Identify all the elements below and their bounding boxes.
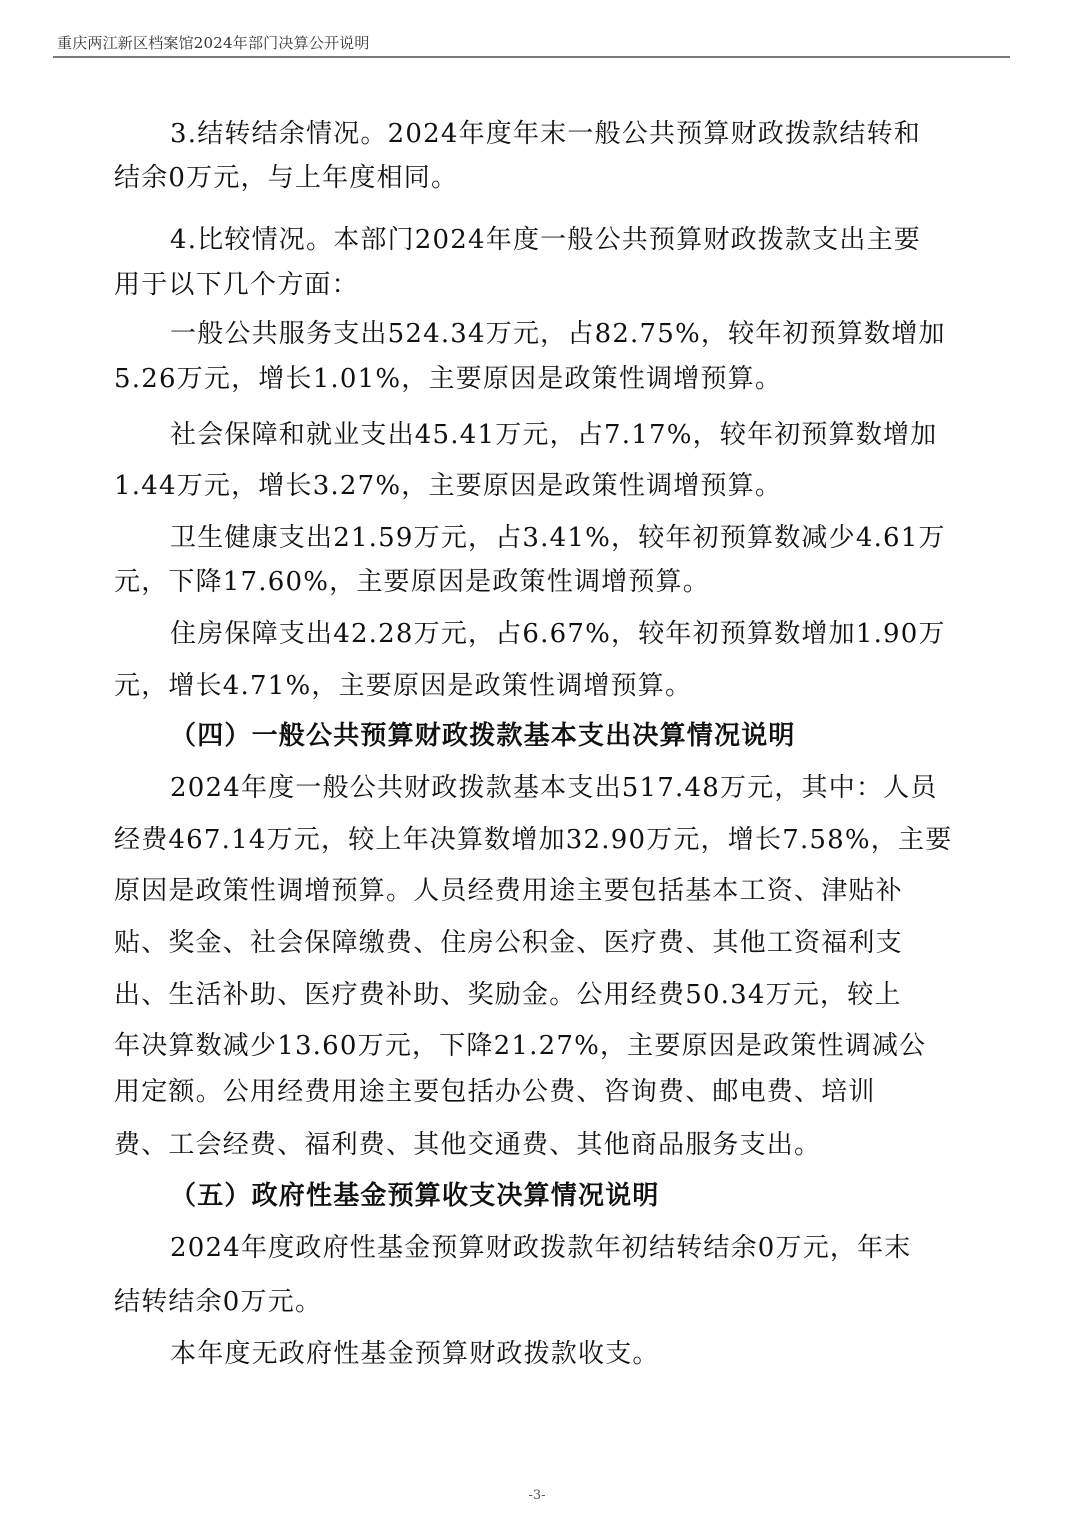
paragraph-line: 结余0万元，与上年度相同。	[114, 156, 458, 200]
page-number: -3-	[0, 1488, 1074, 1503]
paragraph-line: 年决算数减少13.60万元，下降21.27%，主要原因是政策性调减公	[114, 1024, 926, 1068]
section-heading: （五）政府性基金预算收支决算情况说明	[170, 1174, 660, 1218]
paragraph-line: 原因是政策性调增预算。人员经费用途主要包括基本工资、津贴补	[114, 869, 903, 913]
paragraph-line: 2024年度一般公共财政拨款基本支出517.48万元，其中：人员	[170, 766, 938, 810]
paragraph-line: 3.结转结余情况。2024年度年末一般公共预算财政拨款结转和	[170, 112, 921, 156]
paragraph-line: 卫生健康支出21.59万元，占3.41%，较年初预算数减少4.61万	[170, 516, 946, 560]
paragraph-line: 元，下降17.60%，主要原因是政策性调增预算。	[114, 560, 710, 604]
paragraph-line: 2024年度政府性基金预算财政拨款年初结转结余0万元，年末	[170, 1226, 912, 1270]
document-title: 重庆两江新区档案馆2024年部门决算公开说明	[57, 32, 370, 53]
paragraph-line: 元，增长4.71%，主要原因是政策性调增预算。	[114, 664, 692, 708]
page-header: 重庆两江新区档案馆2024年部门决算公开说明	[53, 30, 1010, 58]
paragraph-line: 出、生活补助、医疗费补助、奖励金。公用经费50.34万元，较上	[114, 973, 902, 1017]
paragraph-line: 1.44万元，增长3.27%，主要原因是政策性调增预算。	[114, 464, 782, 508]
section-heading: （四）一般公共预算财政拨款基本支出决算情况说明	[170, 714, 796, 758]
paragraph-line: 5.26万元，增长1.01%，主要原因是政策性调增预算。	[114, 357, 782, 401]
paragraph-line: 用于以下几个方面：	[114, 263, 359, 307]
paragraph-line: 住房保障支出42.28万元，占6.67%，较年初预算数增加1.90万	[170, 612, 946, 656]
paragraph-line: 本年度无政府性基金预算财政拨款收支。	[170, 1332, 660, 1376]
paragraph-line: 一般公共服务支出524.34万元，占82.75%，较年初预算数增加	[170, 312, 946, 356]
paragraph-line: 用定额。公用经费用途主要包括办公费、咨询费、邮电费、培训	[114, 1070, 876, 1114]
paragraph-line: 4.比较情况。本部门2024年度一般公共预算财政拨款支出主要	[170, 218, 921, 262]
paragraph-line: 社会保障和就业支出45.41万元，占7.17%，较年初预算数增加	[170, 413, 937, 457]
paragraph-line: 结转结余0万元。	[114, 1280, 322, 1324]
paragraph-line: 经费467.14万元，较上年决算数增加32.90万元，增长7.58%，主要	[114, 818, 952, 862]
paragraph-line: 费、工会经费、福利费、其他交通费、其他商品服务支出。	[114, 1123, 821, 1167]
paragraph-line: 贴、奖金、社会保障缴费、住房公积金、医疗费、其他工资福利支	[114, 921, 903, 965]
